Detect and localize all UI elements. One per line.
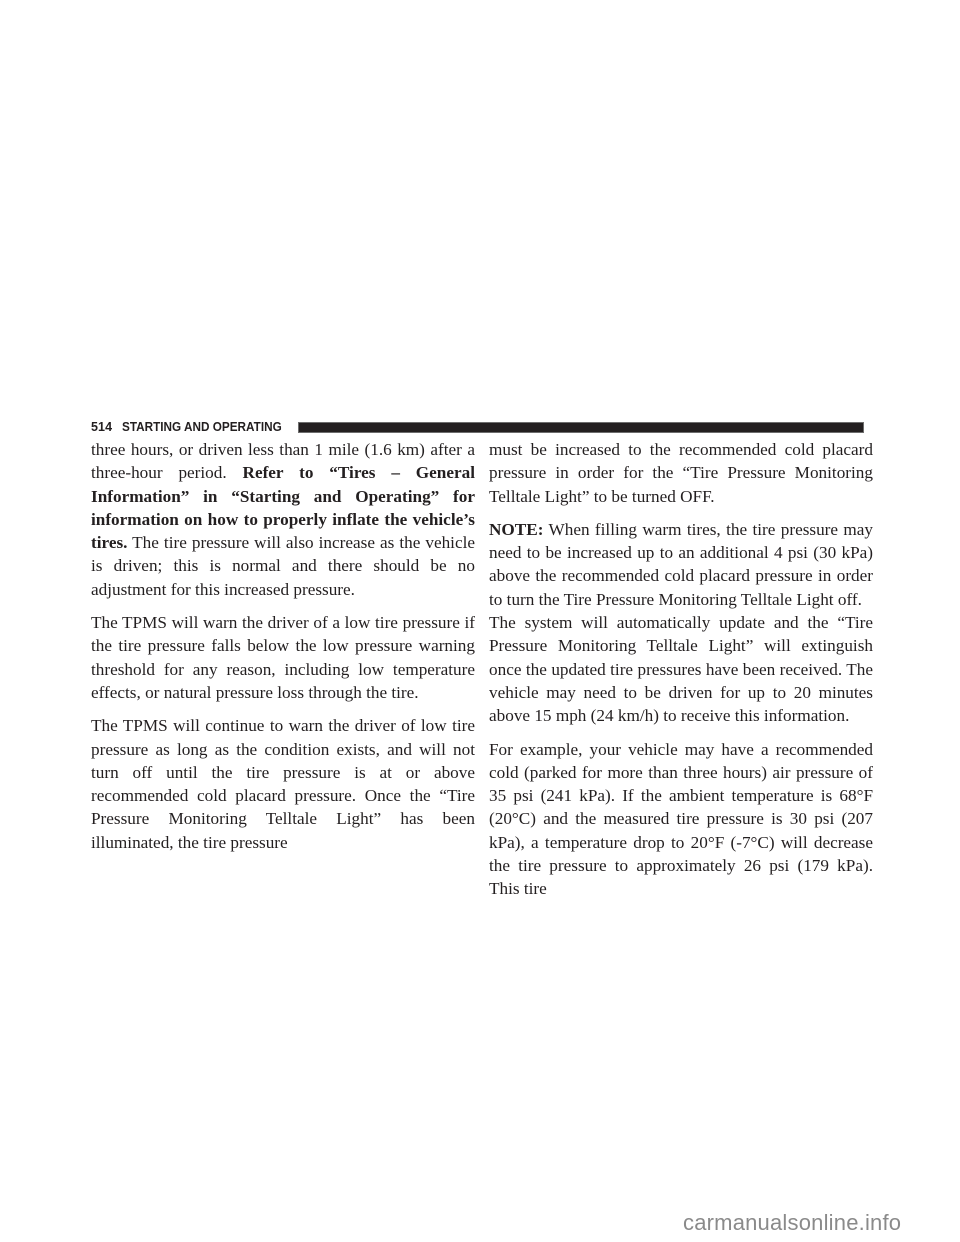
paragraph-system-update: The system will automatically update and…	[489, 611, 873, 727]
paragraph-placard-continued: must be increased to the recommended col…	[489, 438, 873, 508]
left-column: three hours, or driven less than 1 mile …	[91, 438, 475, 864]
paragraph-inflation-refer: three hours, or driven less than 1 mile …	[91, 438, 475, 601]
note-text: When filling warm tires, the tire pressu…	[489, 520, 873, 609]
section-title: STARTING AND OPERATING	[122, 420, 282, 434]
watermark-text: carmanualsonline.info	[683, 1210, 901, 1236]
paragraph-text: The tire pressure will also increase as …	[91, 533, 475, 599]
paragraph-example: For example, your vehicle may have a rec…	[489, 738, 873, 901]
note-label: NOTE:	[489, 520, 543, 539]
right-column: must be increased to the recommended col…	[489, 438, 873, 911]
note-paragraph: NOTE: When filling warm tires, the tire …	[489, 518, 873, 611]
page-number: 514	[91, 420, 112, 434]
paragraph-tpms-continue: The TPMS will continue to warn the drive…	[91, 714, 475, 854]
paragraph-tpms-warn: The TPMS will warn the driver of a low t…	[91, 611, 475, 704]
page-header: 514 STARTING AND OPERATING	[91, 419, 864, 435]
header-rule-bar	[298, 422, 864, 433]
